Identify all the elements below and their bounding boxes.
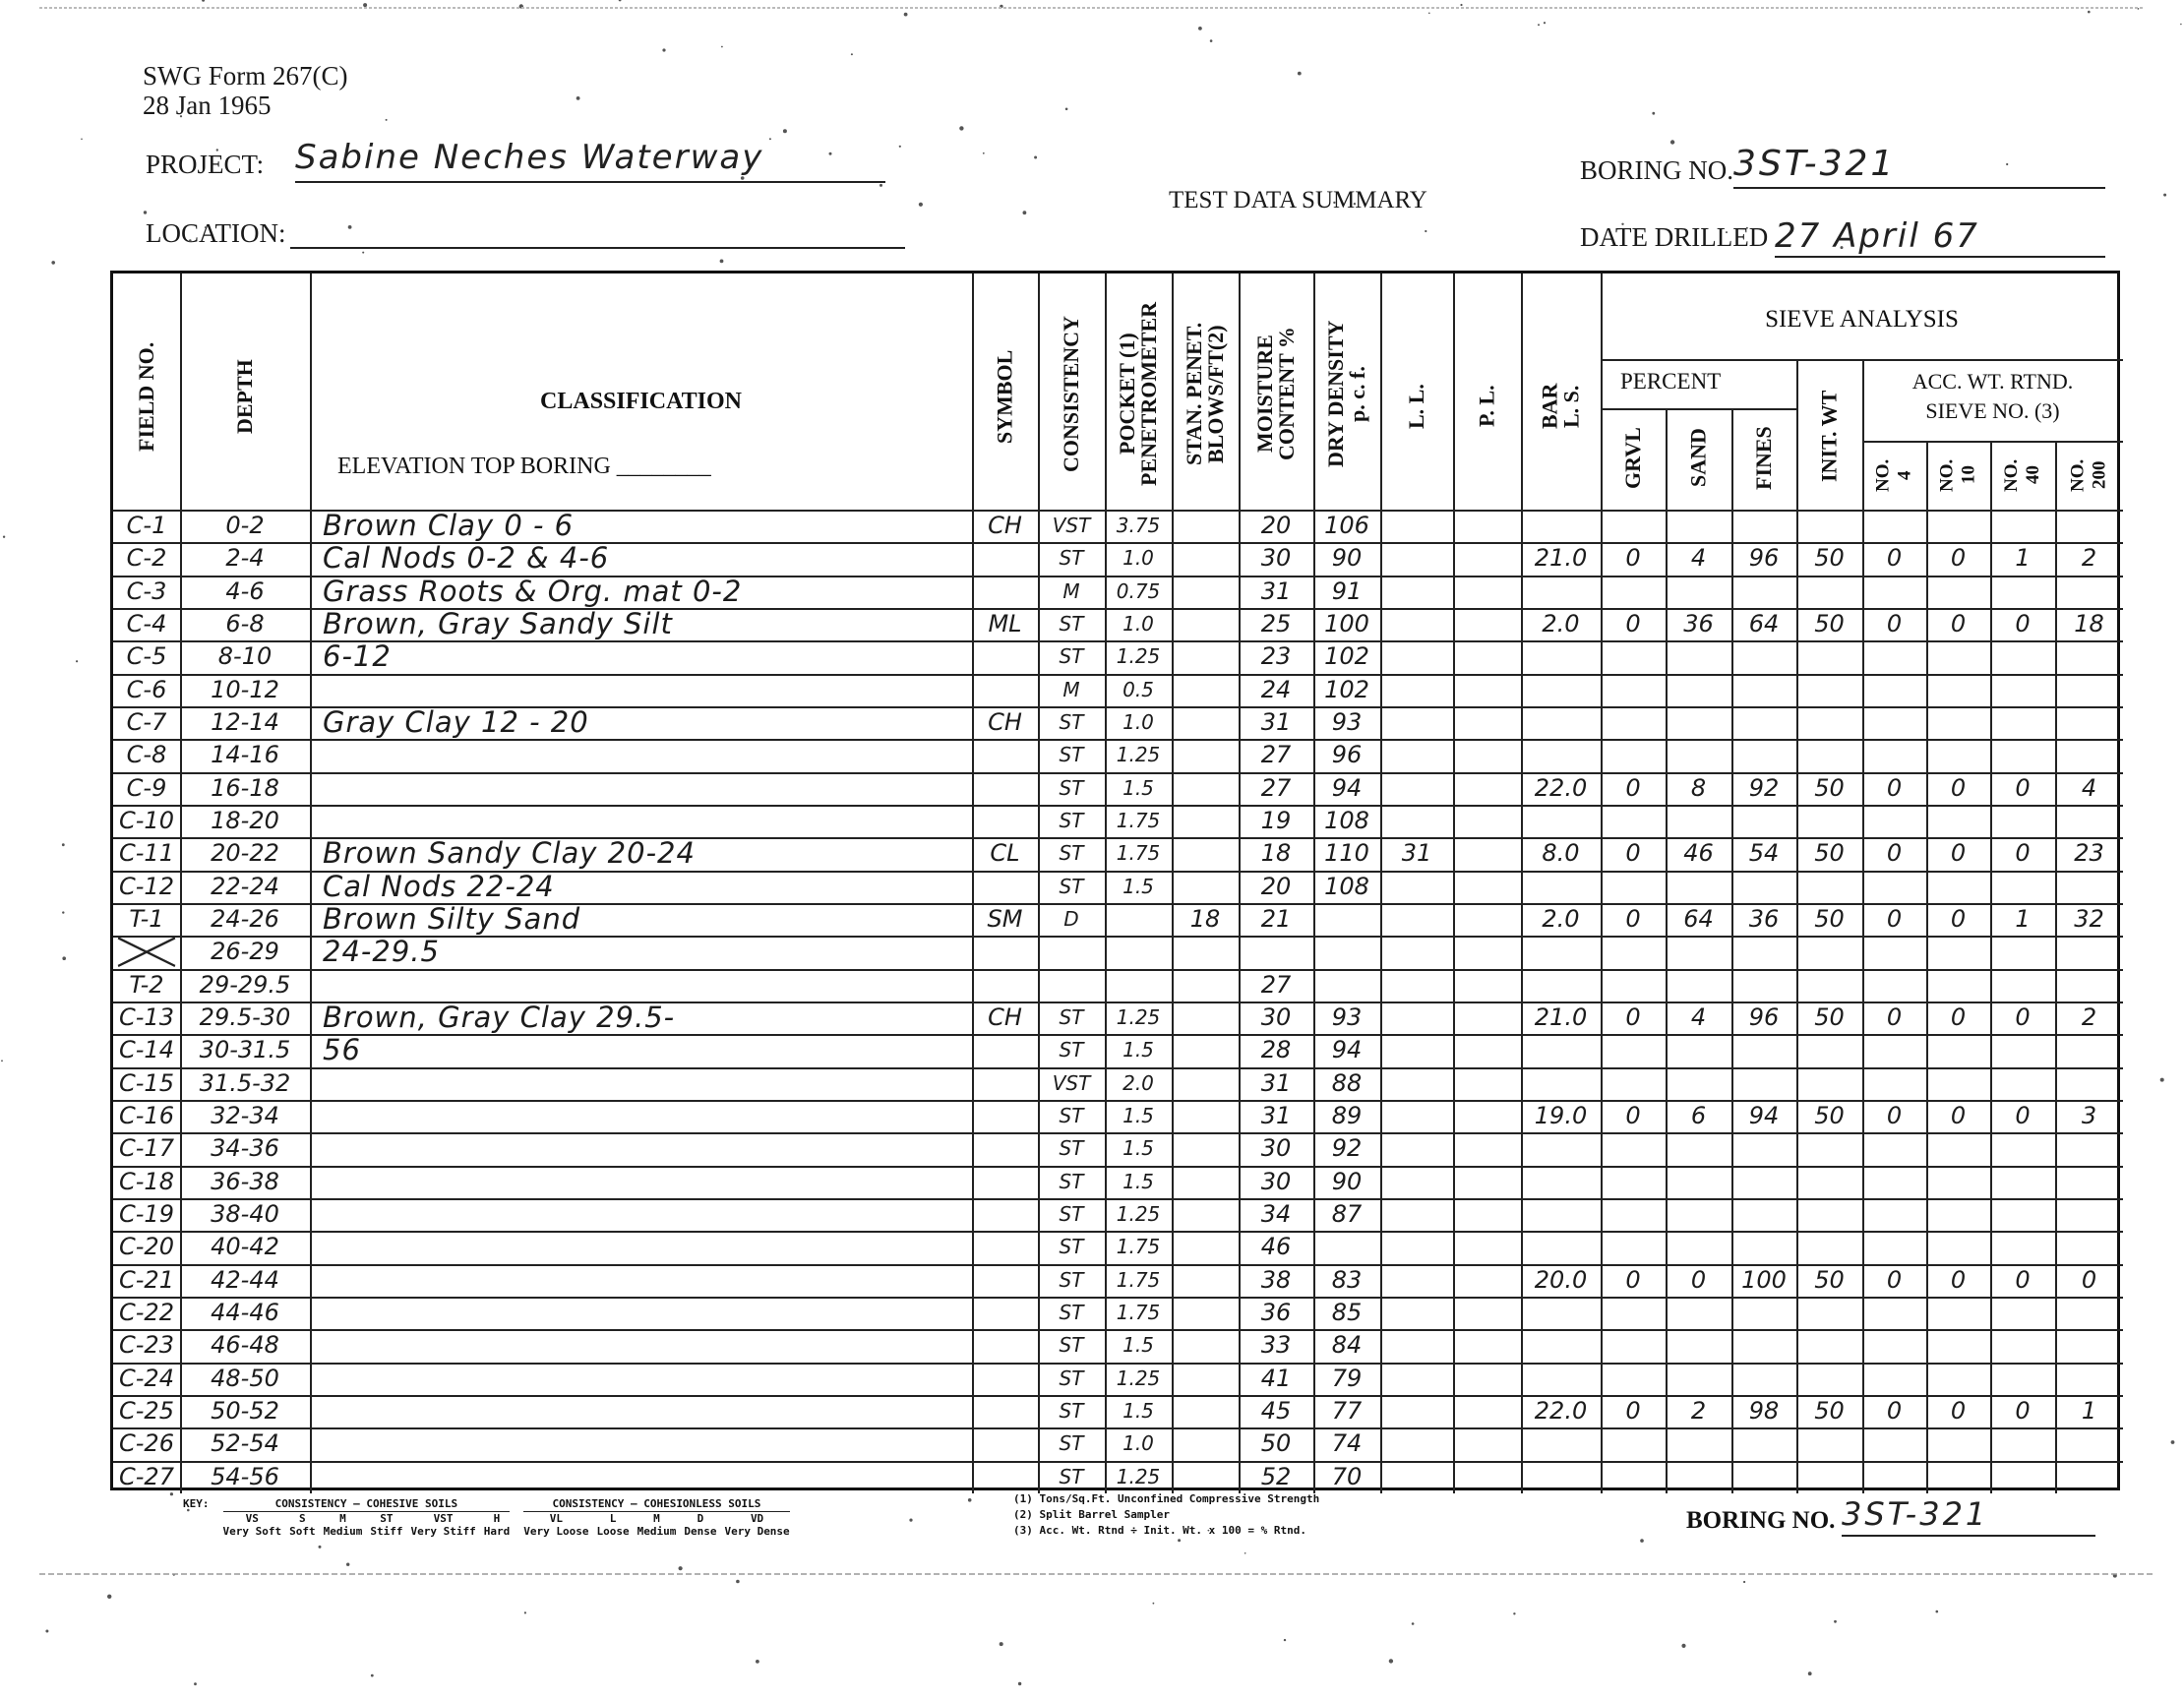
cell-ll[interactable] (1383, 969, 1450, 1002)
cell-n4[interactable]: 0 (1865, 542, 1923, 575)
cell-field[interactable]: C-21 (116, 1264, 177, 1297)
cell-pl[interactable] (1456, 837, 1518, 870)
cell-stan[interactable]: 18 (1175, 903, 1236, 936)
cell-cls[interactable]: Gray Clay 12 - 20 (313, 706, 979, 739)
cell-cons[interactable]: ST (1041, 1264, 1102, 1297)
cell-cls[interactable]: 24-29.5 (313, 936, 979, 968)
cell-moist[interactable]: 38 (1242, 1264, 1310, 1297)
cell-sym[interactable] (975, 936, 1035, 968)
cell-stan[interactable] (1175, 871, 1236, 903)
cell-sym[interactable]: CH (975, 706, 1035, 739)
cell-cls[interactable]: 6-12 (313, 640, 979, 673)
cell-n200[interactable]: 2 (2058, 1002, 2120, 1034)
cell-cons[interactable]: ST (1041, 1231, 1102, 1263)
cell-cls[interactable] (313, 1427, 979, 1460)
cell-field[interactable]: C-13 (116, 1002, 177, 1034)
cell-pl[interactable] (1456, 1297, 1518, 1329)
cell-depth[interactable]: 46-48 (183, 1329, 307, 1362)
cell-n4[interactable]: 0 (1865, 903, 1923, 936)
cell-sym[interactable] (975, 1363, 1035, 1395)
cell-bar[interactable]: 22.0 (1524, 772, 1598, 805)
cell-sym[interactable] (975, 739, 1035, 771)
cell-cls[interactable]: Brown Sandy Clay 20-24 (313, 837, 979, 870)
cell-stan[interactable] (1175, 1198, 1236, 1231)
cell-init[interactable] (1799, 510, 1859, 542)
cell-sym[interactable] (975, 640, 1035, 673)
cell-n4[interactable] (1865, 1132, 1923, 1165)
cell-grvl[interactable] (1604, 739, 1663, 771)
cell-sym[interactable] (975, 805, 1035, 837)
cell-grvl[interactable] (1604, 510, 1663, 542)
cell-pl[interactable] (1456, 871, 1518, 903)
cell-cons[interactable] (1041, 936, 1102, 968)
cell-fines[interactable]: 96 (1734, 542, 1793, 575)
cell-n40[interactable] (1993, 936, 2052, 968)
cell-ll[interactable] (1383, 1461, 1450, 1493)
cell-n10[interactable]: 0 (1929, 608, 1987, 640)
cell-ll[interactable] (1383, 903, 1450, 936)
cell-field[interactable]: C-15 (116, 1067, 177, 1100)
cell-depth[interactable]: 12-14 (183, 706, 307, 739)
cell-cls[interactable] (313, 1166, 979, 1198)
cell-n4[interactable]: 0 (1865, 1264, 1923, 1297)
cell-n40[interactable] (1993, 1166, 2052, 1198)
cell-init[interactable]: 50 (1799, 1395, 1859, 1427)
cell-cls[interactable]: Grass Roots & Org. mat 0-2 (313, 576, 979, 608)
cell-fines[interactable] (1734, 1198, 1793, 1231)
cell-moist[interactable]: 27 (1242, 772, 1310, 805)
cell-stan[interactable] (1175, 510, 1236, 542)
cell-n4[interactable] (1865, 936, 1923, 968)
cell-init[interactable]: 50 (1799, 608, 1859, 640)
cell-field[interactable]: C-27 (116, 1461, 177, 1493)
cell-dry[interactable]: 90 (1316, 542, 1377, 575)
cell-dry[interactable]: 106 (1316, 510, 1377, 542)
cell-init[interactable] (1799, 1132, 1859, 1165)
cell-field[interactable]: C-6 (116, 674, 177, 706)
cell-bar[interactable] (1524, 1427, 1598, 1460)
cell-n10[interactable] (1929, 871, 1987, 903)
cell-cons[interactable]: VST (1041, 510, 1102, 542)
cell-stan[interactable] (1175, 1395, 1236, 1427)
cell-dry[interactable]: 89 (1316, 1100, 1377, 1132)
cell-n10[interactable]: 0 (1929, 903, 1987, 936)
cell-cls[interactable] (313, 1264, 979, 1297)
cell-depth[interactable]: 2-4 (183, 542, 307, 575)
cell-ll[interactable] (1383, 1067, 1450, 1100)
cell-sym[interactable] (975, 1329, 1035, 1362)
cell-cons[interactable]: ST (1041, 1198, 1102, 1231)
cell-ll[interactable] (1383, 640, 1450, 673)
cell-stan[interactable] (1175, 1034, 1236, 1066)
cell-moist[interactable]: 24 (1242, 674, 1310, 706)
cell-sand[interactable]: 2 (1668, 1395, 1729, 1427)
cell-grvl[interactable]: 0 (1604, 1264, 1663, 1297)
cell-moist[interactable]: 34 (1242, 1198, 1310, 1231)
cell-field[interactable]: C-8 (116, 739, 177, 771)
cell-field[interactable]: C-11 (116, 837, 177, 870)
cell-n40[interactable] (1993, 640, 2052, 673)
cell-cons[interactable]: ST (1041, 1002, 1102, 1034)
cell-grvl[interactable] (1604, 1427, 1663, 1460)
cell-n200[interactable] (2058, 640, 2120, 673)
cell-stan[interactable] (1175, 837, 1236, 870)
cell-moist[interactable]: 30 (1242, 1002, 1310, 1034)
cell-init[interactable] (1799, 1461, 1859, 1493)
cell-n4[interactable] (1865, 969, 1923, 1002)
cell-pl[interactable] (1456, 936, 1518, 968)
cell-pocket[interactable]: 1.75 (1108, 837, 1169, 870)
cell-cls[interactable] (313, 1100, 979, 1132)
cell-n200[interactable]: 23 (2058, 837, 2120, 870)
cell-n10[interactable] (1929, 1166, 1987, 1198)
cell-n10[interactable] (1929, 1132, 1987, 1165)
cell-n4[interactable] (1865, 1297, 1923, 1329)
cell-field[interactable]: C-18 (116, 1166, 177, 1198)
cell-n4[interactable]: 0 (1865, 772, 1923, 805)
cell-n40[interactable] (1993, 871, 2052, 903)
cell-ll[interactable] (1383, 805, 1450, 837)
cell-n40[interactable]: 1 (1993, 903, 2052, 936)
cell-stan[interactable] (1175, 936, 1236, 968)
cell-dry[interactable]: 85 (1316, 1297, 1377, 1329)
cell-n4[interactable] (1865, 674, 1923, 706)
cell-depth[interactable]: 16-18 (183, 772, 307, 805)
cell-n10[interactable]: 0 (1929, 772, 1987, 805)
cell-n10[interactable] (1929, 969, 1987, 1002)
cell-n40[interactable] (1993, 576, 2052, 608)
cell-sand[interactable] (1668, 936, 1729, 968)
cell-sand[interactable] (1668, 1132, 1729, 1165)
cell-n40[interactable] (1993, 1132, 2052, 1165)
cell-depth[interactable]: 54-56 (183, 1461, 307, 1493)
cell-dry[interactable]: 100 (1316, 608, 1377, 640)
cell-n40[interactable]: 0 (1993, 1100, 2052, 1132)
cell-n40[interactable]: 1 (1993, 542, 2052, 575)
cell-init[interactable]: 50 (1799, 1002, 1859, 1034)
cell-fines[interactable] (1734, 1166, 1793, 1198)
cell-pl[interactable] (1456, 674, 1518, 706)
cell-n10[interactable] (1929, 1363, 1987, 1395)
cell-grvl[interactable] (1604, 1461, 1663, 1493)
cell-dry[interactable]: 91 (1316, 576, 1377, 608)
cell-n10[interactable] (1929, 1231, 1987, 1263)
cell-field[interactable]: C-3 (116, 576, 177, 608)
cell-sym[interactable] (975, 576, 1035, 608)
cell-dry[interactable]: 84 (1316, 1329, 1377, 1362)
cell-dry[interactable]: 83 (1316, 1264, 1377, 1297)
cell-n40[interactable] (1993, 805, 2052, 837)
cell-sand[interactable] (1668, 739, 1729, 771)
cell-cls[interactable] (313, 1132, 979, 1165)
cell-n10[interactable] (1929, 739, 1987, 771)
cell-n10[interactable] (1929, 706, 1987, 739)
cell-ll[interactable] (1383, 1100, 1450, 1132)
cell-moist[interactable]: 50 (1242, 1427, 1310, 1460)
cell-dry[interactable]: 70 (1316, 1461, 1377, 1493)
cell-n4[interactable] (1865, 510, 1923, 542)
cell-n200[interactable] (2058, 805, 2120, 837)
cell-pocket[interactable]: 1.5 (1108, 1329, 1169, 1362)
cell-ll[interactable] (1383, 608, 1450, 640)
cell-pocket[interactable]: 3.75 (1108, 510, 1169, 542)
cell-fines[interactable]: 92 (1734, 772, 1793, 805)
cell-init[interactable] (1799, 805, 1859, 837)
cell-cls[interactable] (313, 1363, 979, 1395)
cell-depth[interactable]: 20-22 (183, 837, 307, 870)
cell-n4[interactable] (1865, 871, 1923, 903)
cell-n200[interactable]: 1 (2058, 1395, 2120, 1427)
cell-grvl[interactable]: 0 (1604, 772, 1663, 805)
cell-pocket[interactable] (1108, 969, 1169, 1002)
cell-sand[interactable] (1668, 706, 1729, 739)
cell-n10[interactable]: 0 (1929, 837, 1987, 870)
cell-dry[interactable]: 92 (1316, 1132, 1377, 1165)
cell-field[interactable]: C-25 (116, 1395, 177, 1427)
cell-pocket[interactable]: 1.5 (1108, 1034, 1169, 1066)
cell-pl[interactable] (1456, 1166, 1518, 1198)
cell-ll[interactable] (1383, 1363, 1450, 1395)
cell-field[interactable]: T-1 (116, 903, 177, 936)
cell-sand[interactable] (1668, 805, 1729, 837)
cell-cons[interactable]: ST (1041, 739, 1102, 771)
cell-field[interactable]: C-9 (116, 772, 177, 805)
cell-field[interactable]: C-16 (116, 1100, 177, 1132)
cell-init[interactable] (1799, 936, 1859, 968)
cell-sand[interactable] (1668, 1461, 1729, 1493)
cell-dry[interactable]: 93 (1316, 706, 1377, 739)
cell-pocket[interactable]: 0.75 (1108, 576, 1169, 608)
cell-n4[interactable]: 0 (1865, 608, 1923, 640)
cell-grvl[interactable] (1604, 1132, 1663, 1165)
cell-n4[interactable]: 0 (1865, 1395, 1923, 1427)
cell-sym[interactable] (975, 1264, 1035, 1297)
cell-cons[interactable] (1041, 969, 1102, 1002)
cell-ll[interactable] (1383, 1132, 1450, 1165)
cell-n4[interactable] (1865, 1427, 1923, 1460)
cell-n10[interactable]: 0 (1929, 1100, 1987, 1132)
cell-n40[interactable] (1993, 1329, 2052, 1362)
cell-n40[interactable] (1993, 1363, 2052, 1395)
cell-ll[interactable] (1383, 1329, 1450, 1362)
cell-dry[interactable]: 108 (1316, 871, 1377, 903)
cell-pocket[interactable]: 1.5 (1108, 871, 1169, 903)
cell-n4[interactable] (1865, 805, 1923, 837)
cell-n4[interactable] (1865, 1231, 1923, 1263)
cell-bar[interactable] (1524, 805, 1598, 837)
cell-n200[interactable]: 4 (2058, 772, 2120, 805)
cell-bar[interactable] (1524, 1461, 1598, 1493)
cell-stan[interactable] (1175, 1067, 1236, 1100)
footer-boring-number-field[interactable]: 3ST-321 (1842, 1495, 2095, 1537)
cell-sand[interactable] (1668, 1427, 1729, 1460)
cell-init[interactable]: 50 (1799, 837, 1859, 870)
cell-init[interactable] (1799, 674, 1859, 706)
cell-depth[interactable]: 40-42 (183, 1231, 307, 1263)
cell-cls[interactable]: Brown, Gray Clay 29.5- (313, 1002, 979, 1034)
cell-sand[interactable] (1668, 1231, 1729, 1263)
cell-grvl[interactable]: 0 (1604, 608, 1663, 640)
cell-pl[interactable] (1456, 969, 1518, 1002)
cell-n200[interactable]: 18 (2058, 608, 2120, 640)
cell-sym[interactable] (975, 772, 1035, 805)
cell-cons[interactable]: D (1041, 903, 1102, 936)
cell-n4[interactable] (1865, 1198, 1923, 1231)
cell-grvl[interactable] (1604, 1034, 1663, 1066)
cell-bar[interactable] (1524, 1132, 1598, 1165)
cell-depth[interactable]: 14-16 (183, 739, 307, 771)
cell-cons[interactable]: ST (1041, 1034, 1102, 1066)
cell-cls[interactable] (313, 674, 979, 706)
cell-dry[interactable]: 96 (1316, 739, 1377, 771)
cell-moist[interactable]: 31 (1242, 1100, 1310, 1132)
cell-fines[interactable] (1734, 871, 1793, 903)
cell-sym[interactable] (975, 1067, 1035, 1100)
cell-fines[interactable] (1734, 805, 1793, 837)
cell-grvl[interactable] (1604, 1198, 1663, 1231)
cell-init[interactable] (1799, 1166, 1859, 1198)
cell-cls[interactable] (313, 1231, 979, 1263)
cell-ll[interactable] (1383, 1231, 1450, 1263)
cell-bar[interactable] (1524, 1329, 1598, 1362)
cell-dry[interactable]: 93 (1316, 1002, 1377, 1034)
cell-sym[interactable]: CH (975, 1002, 1035, 1034)
cell-init[interactable]: 50 (1799, 542, 1859, 575)
cell-n10[interactable] (1929, 1067, 1987, 1100)
cell-fines[interactable]: 94 (1734, 1100, 1793, 1132)
cell-sym[interactable] (975, 1395, 1035, 1427)
cell-moist[interactable]: 45 (1242, 1395, 1310, 1427)
cell-ll[interactable] (1383, 576, 1450, 608)
cell-sym[interactable] (975, 969, 1035, 1002)
cell-grvl[interactable] (1604, 805, 1663, 837)
cell-moist[interactable]: 21 (1242, 903, 1310, 936)
cell-pocket[interactable]: 1.0 (1108, 608, 1169, 640)
cell-pocket[interactable]: 1.25 (1108, 1461, 1169, 1493)
cell-n200[interactable] (2058, 674, 2120, 706)
cell-field[interactable]: C-17 (116, 1132, 177, 1165)
cell-n200[interactable] (2058, 969, 2120, 1002)
cell-cls[interactable]: Brown, Gray Sandy Silt (313, 608, 979, 640)
cell-pocket[interactable]: 1.25 (1108, 1198, 1169, 1231)
cell-stan[interactable] (1175, 576, 1236, 608)
cell-n40[interactable]: 0 (1993, 1264, 2052, 1297)
cell-bar[interactable] (1524, 1198, 1598, 1231)
cell-pl[interactable] (1456, 1461, 1518, 1493)
cell-fines[interactable] (1734, 640, 1793, 673)
cell-grvl[interactable] (1604, 576, 1663, 608)
cell-grvl[interactable] (1604, 1166, 1663, 1198)
cell-n200[interactable] (2058, 936, 2120, 968)
cell-bar[interactable]: 2.0 (1524, 608, 1598, 640)
cell-depth[interactable]: 0-2 (183, 510, 307, 542)
cell-depth[interactable]: 38-40 (183, 1198, 307, 1231)
cell-pl[interactable] (1456, 1395, 1518, 1427)
cell-dry[interactable] (1316, 969, 1377, 1002)
cell-init[interactable] (1799, 1231, 1859, 1263)
cell-n10[interactable]: 0 (1929, 1395, 1987, 1427)
cell-n4[interactable]: 0 (1865, 1100, 1923, 1132)
cell-pocket[interactable]: 1.75 (1108, 805, 1169, 837)
cell-init[interactable] (1799, 1067, 1859, 1100)
cell-n40[interactable] (1993, 1198, 2052, 1231)
cell-ll[interactable] (1383, 1264, 1450, 1297)
cell-bar[interactable] (1524, 576, 1598, 608)
cell-pocket[interactable]: 1.5 (1108, 1395, 1169, 1427)
cell-dry[interactable]: 108 (1316, 805, 1377, 837)
cell-pocket[interactable]: 1.25 (1108, 739, 1169, 771)
cell-stan[interactable] (1175, 674, 1236, 706)
cell-cons[interactable]: VST (1041, 1067, 1102, 1100)
cell-bar[interactable] (1524, 871, 1598, 903)
cell-bar[interactable] (1524, 706, 1598, 739)
cell-moist[interactable]: 20 (1242, 871, 1310, 903)
cell-pocket[interactable] (1108, 936, 1169, 968)
cell-pocket[interactable]: 2.0 (1108, 1067, 1169, 1100)
cell-depth[interactable]: 10-12 (183, 674, 307, 706)
cell-sand[interactable] (1668, 1166, 1729, 1198)
cell-ll[interactable] (1383, 706, 1450, 739)
cell-stan[interactable] (1175, 772, 1236, 805)
cell-dry[interactable]: 94 (1316, 772, 1377, 805)
cell-fines[interactable] (1734, 1461, 1793, 1493)
cell-grvl[interactable] (1604, 1363, 1663, 1395)
cell-ll[interactable] (1383, 1427, 1450, 1460)
cell-field[interactable]: C-1 (116, 510, 177, 542)
cell-stan[interactable] (1175, 1363, 1236, 1395)
cell-field[interactable]: C-2 (116, 542, 177, 575)
cell-depth[interactable]: 32-34 (183, 1100, 307, 1132)
cell-pocket[interactable] (1108, 903, 1169, 936)
cell-pl[interactable] (1456, 772, 1518, 805)
cell-n200[interactable] (2058, 1034, 2120, 1066)
cell-field[interactable]: C-26 (116, 1427, 177, 1460)
cell-pl[interactable] (1456, 1002, 1518, 1034)
cell-sand[interactable]: 46 (1668, 837, 1729, 870)
cell-sand[interactable]: 36 (1668, 608, 1729, 640)
cell-cons[interactable]: ST (1041, 1427, 1102, 1460)
cell-n10[interactable] (1929, 1427, 1987, 1460)
cell-init[interactable] (1799, 739, 1859, 771)
cell-fines[interactable] (1734, 674, 1793, 706)
cell-sand[interactable] (1668, 1297, 1729, 1329)
cell-depth[interactable]: 36-38 (183, 1166, 307, 1198)
cell-pl[interactable] (1456, 903, 1518, 936)
cell-n40[interactable] (1993, 739, 2052, 771)
cell-grvl[interactable]: 0 (1604, 903, 1663, 936)
cell-field[interactable]: C-7 (116, 706, 177, 739)
cell-n40[interactable] (1993, 1231, 2052, 1263)
cell-field[interactable]: C-24 (116, 1363, 177, 1395)
cell-pocket[interactable]: 1.75 (1108, 1297, 1169, 1329)
cell-cons[interactable]: ST (1041, 772, 1102, 805)
cell-init[interactable]: 50 (1799, 903, 1859, 936)
cell-moist[interactable]: 25 (1242, 608, 1310, 640)
cell-init[interactable] (1799, 1198, 1859, 1231)
cell-moist[interactable]: 31 (1242, 706, 1310, 739)
cell-sand[interactable] (1668, 1067, 1729, 1100)
cell-n4[interactable] (1865, 1166, 1923, 1198)
cell-cls[interactable] (313, 739, 979, 771)
cell-init[interactable] (1799, 969, 1859, 1002)
cell-n40[interactable] (1993, 706, 2052, 739)
cell-cls[interactable] (313, 805, 979, 837)
cell-sym[interactable] (975, 871, 1035, 903)
cell-n4[interactable] (1865, 706, 1923, 739)
cell-pl[interactable] (1456, 1067, 1518, 1100)
cell-dry[interactable]: 79 (1316, 1363, 1377, 1395)
cell-stan[interactable] (1175, 1329, 1236, 1362)
